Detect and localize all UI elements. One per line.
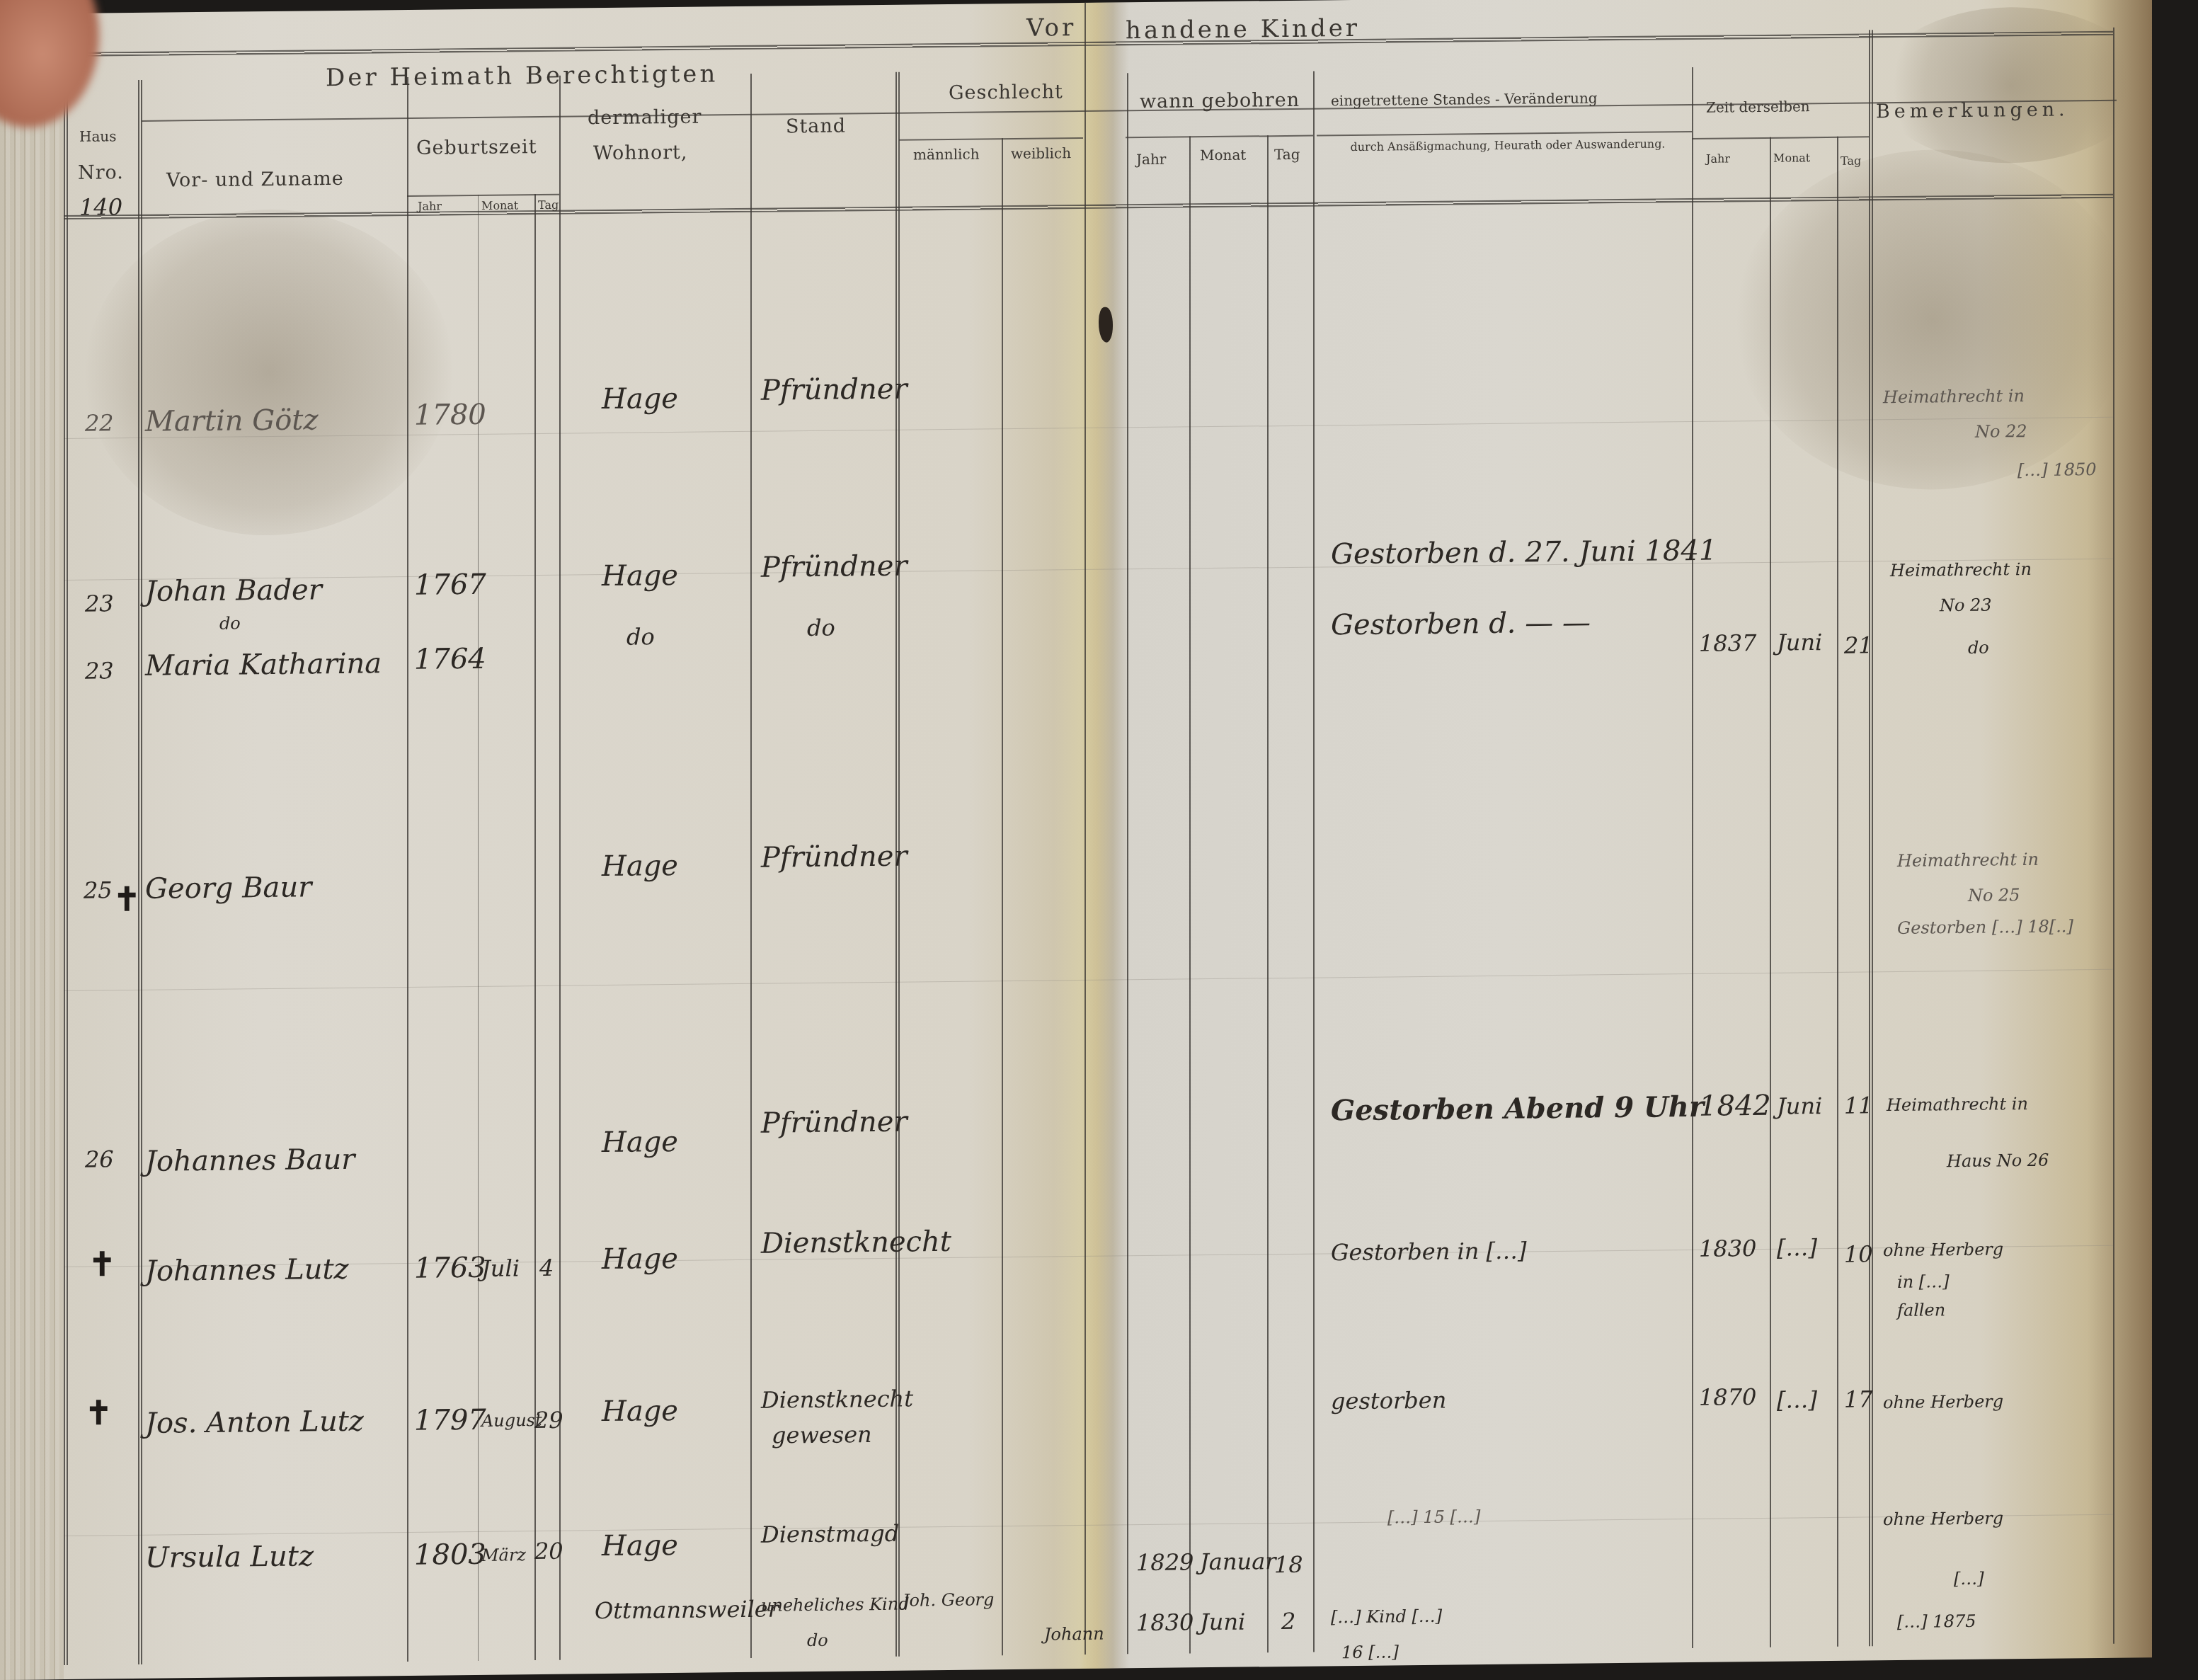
- row-name: Ursula Lutz: [145, 1540, 314, 1574]
- col-rule: [1692, 67, 1693, 1648]
- born-day-header: Tag: [1274, 146, 1300, 163]
- col-rule: [1267, 135, 1269, 1652]
- row-birth-day: 4: [539, 1255, 554, 1281]
- change-header: eingetrettene Standes - Veränderung: [1331, 89, 1598, 109]
- row-name: Johannes Baur: [145, 1143, 355, 1178]
- page-edges: [0, 13, 64, 1680]
- sex-subrule: [899, 137, 1083, 141]
- change-year-header: Jahr: [1706, 152, 1730, 165]
- row-birth-year: 1764: [414, 643, 486, 676]
- row-name: Johannes Lutz: [145, 1253, 349, 1288]
- nro-label-line1: Haus: [79, 127, 117, 145]
- deceased-cross-icon: ✝: [88, 1245, 116, 1283]
- col-rule: [534, 194, 536, 1660]
- row-birth-day: 29: [534, 1407, 563, 1434]
- status-header: Stand: [786, 115, 846, 137]
- row-remark: […]: [1954, 1569, 1984, 1589]
- ink-blot: [1099, 307, 1113, 343]
- born-month-header: Monat: [1200, 147, 1246, 164]
- residence-header-line2: Wohnort,: [593, 142, 688, 164]
- name-column-header: Vor- und Zuname: [166, 168, 344, 192]
- row-remark: ohne Herberg: [1883, 1508, 2003, 1529]
- row-nro: 26: [85, 1145, 114, 1172]
- row-change: Gestorben Abend 9 Uhr: [1331, 1090, 1704, 1128]
- row-change: […] Kind […]: [1331, 1606, 1442, 1628]
- row-name: Martin Götz: [145, 404, 318, 438]
- born-header: wann gebohren: [1140, 89, 1300, 113]
- row-status: Pfründner: [761, 550, 908, 584]
- row-name-ditto: do: [219, 613, 241, 633]
- row-change-year: 1870: [1699, 1383, 1756, 1411]
- row-status: Pfründner: [761, 373, 908, 407]
- row-change: Gestorben d. — —: [1331, 606, 1591, 641]
- row-change-month: Juni: [1777, 1092, 1822, 1120]
- row-residence: Hage: [602, 1395, 678, 1428]
- water-stain: [1876, 6, 2145, 164]
- col-rule: [64, 81, 68, 1665]
- row-change: gestorben: [1331, 1387, 1446, 1415]
- deceased-cross-icon: ✝: [85, 1393, 113, 1432]
- row-change-month: […]: [1777, 1234, 1817, 1262]
- book-gutter: [1080, 2, 1129, 1669]
- row-status: Dienstknecht: [761, 1225, 951, 1260]
- birth-day-header: Tag: [538, 198, 559, 212]
- row-status: Pfründner: [761, 1106, 908, 1140]
- row-name: Maria Katharina: [145, 647, 382, 682]
- row-birth-month: Juli: [481, 1255, 520, 1282]
- row-status: do: [807, 1630, 828, 1650]
- child-birth-year: 1830: [1136, 1608, 1194, 1636]
- row-name: Jos. Anton Lutz: [145, 1405, 364, 1440]
- heading-rule: [142, 100, 2117, 122]
- row-status: gewesen: [772, 1421, 872, 1448]
- row-residence: Hage: [602, 559, 678, 593]
- col-rule: [407, 77, 408, 1662]
- row-remark: fallen: [1897, 1300, 1945, 1320]
- remarks-header: Bemerkungen.: [1876, 98, 2069, 122]
- row-nro: 23: [85, 590, 114, 617]
- row-remark: No 23: [1940, 595, 1992, 616]
- child-birth-month: Juni: [1200, 1608, 1245, 1636]
- row-name: Johan Bader: [145, 573, 322, 608]
- birth-year-header: Jahr: [418, 199, 442, 212]
- birth-column-header: Geburtszeit: [416, 136, 537, 159]
- row-child-male: Joh. Georg: [903, 1589, 994, 1610]
- change-subheader: durch Ansäßigmachung, Heurath oder Auswa…: [1331, 137, 1685, 154]
- row-nro: 25: [84, 876, 113, 903]
- row-birth-day: 20: [534, 1538, 563, 1565]
- handwritten-page-number: 140: [79, 193, 122, 221]
- born-subrule: [1126, 135, 1313, 139]
- row-change-year: 1837: [1699, 629, 1756, 657]
- row-birth-year: 1780: [414, 399, 486, 432]
- row-birth-year: 1767: [414, 568, 486, 602]
- birth-subrule: [407, 194, 559, 197]
- row-change-day: 21: [1844, 632, 1873, 658]
- row-change: 16 […]: [1341, 1642, 1399, 1662]
- change-subrule: [1317, 131, 1692, 137]
- child-birth-day: 2: [1281, 1608, 1295, 1635]
- row-birth-year: 1763: [414, 1252, 486, 1285]
- col-rule: [1002, 138, 1003, 1655]
- row-remark: do: [1968, 638, 1989, 658]
- child-birth-month: Januar: [1200, 1548, 1276, 1575]
- row-change-year: 1830: [1699, 1235, 1756, 1262]
- row-residence: do: [626, 623, 655, 650]
- child-birth-year: 1829: [1136, 1548, 1194, 1576]
- row-status: Dienstmagd: [761, 1520, 899, 1548]
- child-birth-day: 18: [1274, 1551, 1303, 1578]
- row-residence: Hage: [602, 850, 678, 883]
- right-heading-part2: handene Kinder: [1126, 14, 1360, 45]
- row-remark: in […]: [1897, 1272, 1950, 1292]
- row-remark: […] 1875: [1897, 1611, 1976, 1632]
- row-change: […] 15 […]: [1387, 1507, 1480, 1527]
- change-day-header: Tag: [1841, 154, 1861, 167]
- row-birth-year: 1797: [414, 1404, 486, 1437]
- female-header: weiblich: [1011, 144, 1071, 162]
- row-remark: […] 1850: [2017, 459, 2096, 480]
- col-rule: [1189, 136, 1191, 1653]
- born-year-header: Jahr: [1136, 151, 1166, 168]
- row-remark: No 25: [1968, 885, 2020, 905]
- row-remark: Heimathrecht in: [1887, 1094, 2028, 1115]
- col-rule: [1313, 72, 1315, 1652]
- time-subrule: [1692, 136, 1869, 139]
- row-residence: Hage: [602, 1529, 678, 1562]
- row-remark: No 22: [1975, 421, 2027, 442]
- residence-header-line1: dermaliger: [588, 106, 702, 130]
- row-birth-month: August: [481, 1410, 542, 1431]
- open-register-book: Der Heimath Berechtigten Haus Nro. 140 V…: [0, 0, 2152, 1680]
- change-month-header: Monat: [1773, 151, 1810, 165]
- row-remark: ohne Herberg: [1883, 1391, 2003, 1412]
- col-rule: [2113, 28, 2114, 1644]
- row-residence: Ottmannsweiler: [595, 1595, 779, 1624]
- row-change-day: 10: [1844, 1240, 1873, 1267]
- row-remark: Heimathrecht in: [1890, 559, 2032, 581]
- row-remark: Heimathrecht in: [1897, 850, 2039, 871]
- col-rule: [1770, 137, 1771, 1647]
- row-name: Georg Baur: [145, 871, 311, 905]
- change-time-header: Zeit derselben: [1706, 98, 1810, 116]
- row-change-day: 17: [1844, 1385, 1873, 1412]
- row-residence: Hage: [602, 382, 678, 416]
- row-nro: 22: [85, 409, 114, 436]
- row-birth-year: 1803: [414, 1538, 486, 1572]
- col-rule: [138, 80, 142, 1664]
- male-header: männlich: [913, 146, 980, 164]
- row-change-month: […]: [1777, 1386, 1817, 1414]
- row-status: uneheliches Kind: [761, 1594, 910, 1616]
- deceased-cross-icon: ✝: [113, 880, 141, 918]
- row-change-day: 11: [1844, 1092, 1873, 1119]
- row-remark: Heimathrecht in: [1883, 386, 2025, 407]
- row-change-year: 1842: [1699, 1090, 1771, 1123]
- row-change: Gestorben in […]: [1331, 1237, 1527, 1266]
- sex-header: Geschlecht: [949, 81, 1063, 104]
- row-remark: ohne Herberg: [1883, 1239, 2003, 1260]
- row-child-name: Johann: [1044, 1624, 1104, 1645]
- col-rule: [1084, 3, 1086, 1655]
- left-page-heading: Der Heimath Berechtigten: [326, 59, 718, 92]
- col-rule: [1127, 73, 1128, 1654]
- row-change-month: Juni: [1777, 629, 1822, 656]
- row-remark: Gestorben […] 18[..]: [1897, 916, 2073, 938]
- col-rule: [750, 74, 752, 1658]
- row-remark: Haus No 26: [1947, 1150, 2049, 1172]
- row-status: Dienstknecht: [761, 1385, 913, 1413]
- nro-label: Nro.: [78, 161, 124, 184]
- row-change: Gestorben d. 27. Juni 1841: [1331, 535, 1717, 571]
- birth-month-header: Monat: [481, 198, 518, 212]
- row-status: do: [807, 615, 835, 641]
- row-birth-month: März: [481, 1545, 526, 1565]
- row-nro: 23: [85, 657, 114, 684]
- row-status: Pfründner: [761, 840, 908, 874]
- right-heading-part1: Vor: [1026, 13, 1076, 42]
- row-residence: Hage: [602, 1126, 678, 1159]
- col-rule: [1837, 137, 1838, 1647]
- row-residence: Hage: [602, 1242, 678, 1276]
